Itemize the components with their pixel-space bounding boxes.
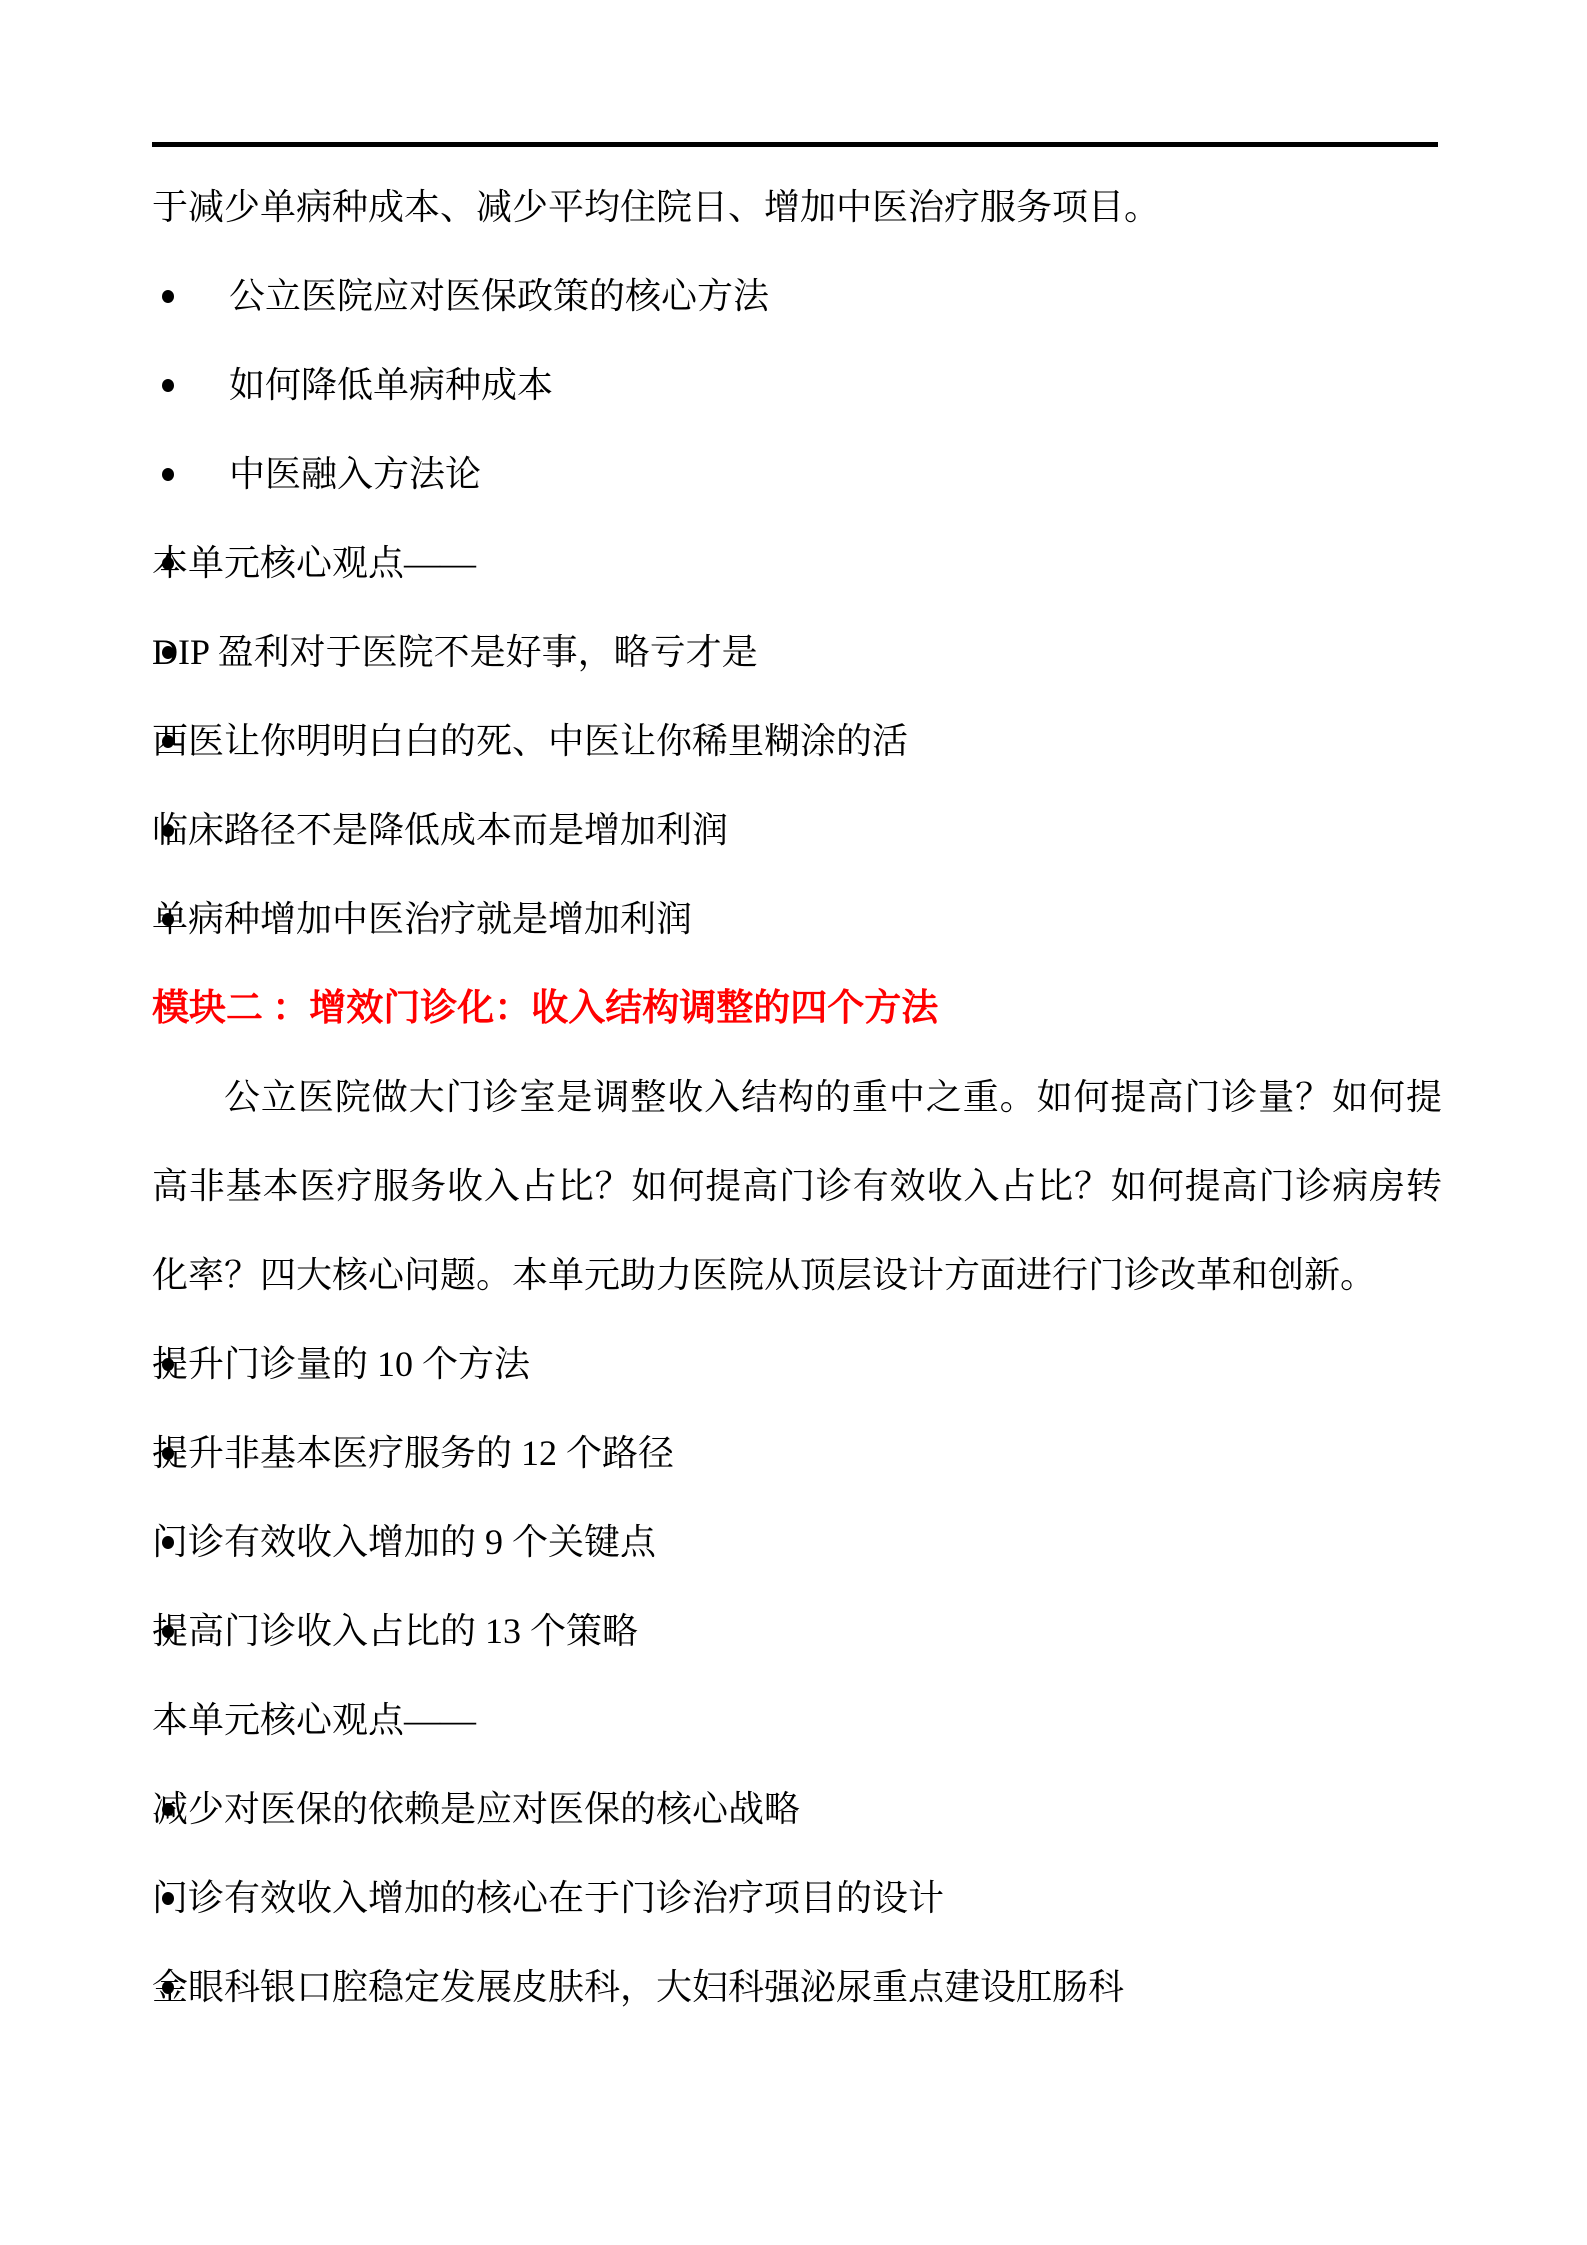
list-item: 本单元核心观点—— [152,519,1442,608]
module2-heading: 模块二 ：增效门诊化：收入结构调整的四个方法 [152,964,1442,1053]
list-item-text: 如何降低单病种成本 [229,365,553,405]
list-item: 金眼科银口腔稳定发展皮肤科，大妇科强泌尿重点建设肛肠科 [152,1943,1442,2032]
list-item-text: 金眼科银口腔稳定发展皮肤科，大妇科强泌尿重点建设肛肠科 [152,1967,1124,2007]
bullet-icon [162,913,174,926]
list-item: 单病种增加中医治疗就是增加利润 [152,875,1442,964]
module2-paragraph: 公立医院做大门诊室是调整收入结构的重中之重。如何提高门诊量？如何提高非基本医疗服… [152,1053,1442,1320]
list-item: DIP 盈利对于医院不是好事，略亏才是 [152,608,1442,697]
list-item: 提高门诊收入占比的 13 个策略 [152,1587,1442,1676]
bullet-icon [162,468,174,481]
list-item: 中医融入方法论 [152,430,1442,519]
document-page: 于减少单病种成本、减少平均住院日、增加中医治疗服务项目。 公立医院应对医保政策的… [0,0,1587,2245]
bullet-icon [162,1625,174,1638]
document-content: 于减少单病种成本、减少平均住院日、增加中医治疗服务项目。 公立医院应对医保政策的… [152,163,1442,2032]
list-item-text: 提高门诊收入占比的 13 个策略 [152,1611,638,1651]
list-item: 减少对医保的依赖是应对医保的核心战略 [152,1765,1442,1854]
bullet-icon [162,1536,174,1549]
list-item-text: DIP 盈利对于医院不是好事，略亏才是 [152,632,758,672]
bullet-icon [162,557,174,570]
header-rule [152,142,1438,147]
list-item-text: 临床路径不是降低成本而是增加利润 [152,810,728,850]
list-item-text: 西医让你明明白白的死、中医让你稀里糊涂的活 [152,721,908,761]
list-item: 西医让你明明白白的死、中医让你稀里糊涂的活 [152,697,1442,786]
list-item: 公立医院应对医保政策的核心方法 [152,252,1442,341]
bullet-icon [162,1803,174,1816]
list-item: 提升门诊量的 10 个方法 [152,1320,1442,1409]
list-item: 门诊有效收入增加的核心在于门诊治疗项目的设计 [152,1854,1442,1943]
list-item: 提升非基本医疗服务的 12 个路径 [152,1409,1442,1498]
bullet-icon [162,824,174,837]
list-item-text: 单病种增加中医治疗就是增加利润 [152,899,692,939]
list-item-text: 减少对医保的依赖是应对医保的核心战略 [152,1789,800,1829]
list-item: 如何降低单病种成本 [152,341,1442,430]
module2-subheading: 本单元核心观点—— [152,1676,1442,1765]
bullet-icon [162,290,174,303]
intro-text: 于减少单病种成本、减少平均住院日、增加中医治疗服务项目。 [152,163,1442,252]
bullet-icon [162,1892,174,1905]
list-item-text: 中医融入方法论 [229,454,481,494]
list-item-text: 提升非基本医疗服务的 12 个路径 [152,1433,674,1473]
list-item-text: 门诊有效收入增加的 9 个关键点 [152,1522,656,1562]
bullet-icon [162,735,174,748]
list-item-text: 本单元核心观点—— [152,543,476,583]
list-item-text: 提升门诊量的 10 个方法 [152,1344,530,1384]
list-item: 临床路径不是降低成本而是增加利润 [152,786,1442,875]
bullet-icon [162,379,174,392]
list-item-text: 公立医院应对医保政策的核心方法 [229,276,769,316]
list-item-text: 门诊有效收入增加的核心在于门诊治疗项目的设计 [152,1878,944,1918]
bullet-icon [162,1358,174,1371]
list-item: 门诊有效收入增加的 9 个关键点 [152,1498,1442,1587]
bullet-icon [162,646,174,659]
bullet-icon [162,1981,174,1994]
bullet-icon [162,1447,174,1460]
